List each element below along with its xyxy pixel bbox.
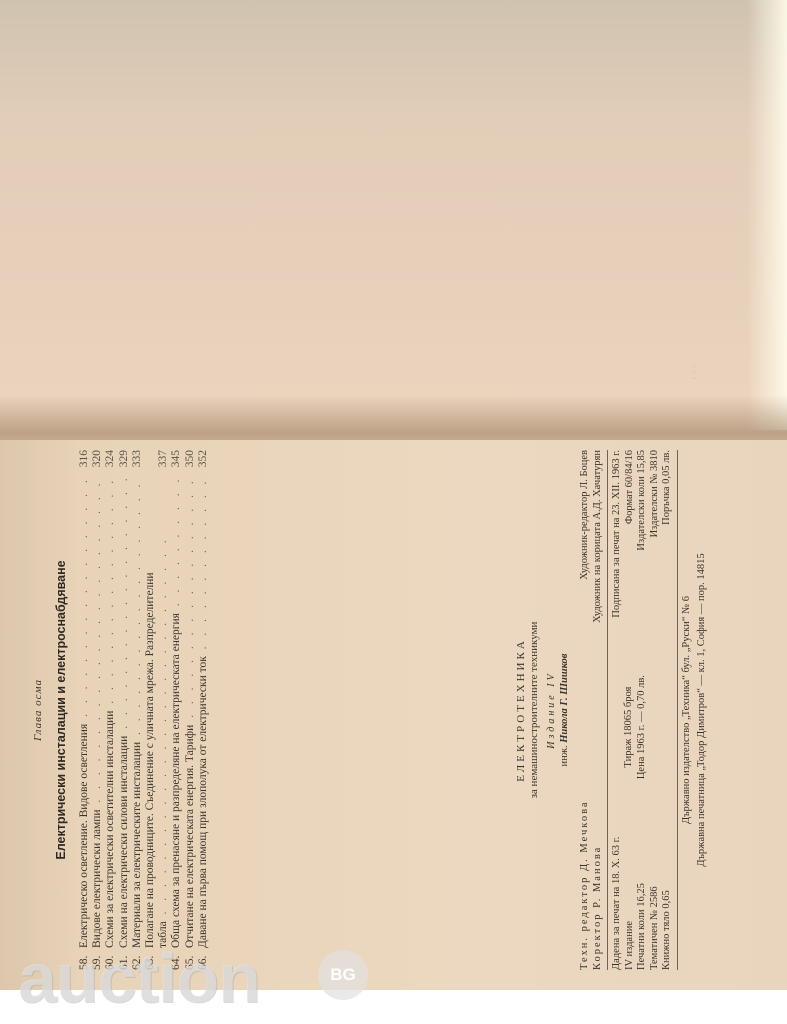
signed-date: Подписана за печат на 23. XII. 1963 г.	[611, 450, 624, 618]
toc-title: Схеми на електрически силови инсталации	[118, 736, 130, 948]
leader-dots: . . . . . . . . . . . . . . . . . . . . …	[184, 478, 196, 725]
publisher-number: Издателски № 3810	[649, 450, 662, 618]
chapter-title: Електрически инсталации и електроснабдяв…	[54, 450, 68, 970]
toc-entry: Даване на първа помощ при злополука от е…	[197, 478, 210, 948]
corrector: Коректор Р. Манова	[592, 800, 605, 970]
toc-row: 65.Отчитане на електрическата енергия. Т…	[184, 450, 197, 970]
bleed-through-text: · · ·	[690, 200, 704, 380]
toc-title: Електрическо осветление. Видове осветлен…	[78, 724, 90, 948]
leader-dots: . . . . . . . . . . . . . . . . . . . . …	[197, 478, 209, 656]
divider	[607, 450, 608, 970]
leader-dots: . . . . . . . . . . . . . . . . . . . . …	[78, 478, 90, 724]
toc-page-number: 345	[170, 450, 183, 478]
toc-page-number: 320	[91, 450, 104, 478]
toc-entry: Схеми на електрически силови инсталации …	[118, 478, 131, 948]
divider	[677, 450, 678, 970]
submitted-date: Дадена за печат на 18. X. 63 г.	[611, 837, 624, 970]
print-run: Тираж 18065 броя	[623, 675, 636, 779]
print-sheets: Печатни коли 16,25	[636, 837, 649, 970]
toc-title: Схеми за електрически осветителни инстал…	[104, 711, 116, 948]
edition-label: Издание IV	[546, 450, 559, 970]
leader-dots: . . . . . . . . . . . . . . . . . . . . …	[104, 478, 116, 711]
publisher: Държавно издателство „Техника“ бул. „Рус…	[681, 450, 694, 970]
toc-page-number: 337	[157, 450, 170, 478]
toc-row: 61.Схеми на електрически силови инсталац…	[118, 450, 131, 970]
format: Формат 60/84/16	[624, 450, 637, 618]
toc-row: 58.Електрическо осветление. Видове освет…	[78, 450, 91, 970]
author-line: инж. Никола Г. Шишков	[559, 450, 572, 970]
toc-title: Отчитане на електрическата енергия. Тари…	[184, 725, 196, 948]
art-editor: Художник-редактор Л. Боцев	[579, 450, 592, 623]
leader-dots: . . . . . . . . . . . . . . . . . . . . …	[91, 478, 103, 809]
credits-left: Техн. редактор Д. Мечкова Коректор Р. Ма…	[579, 800, 604, 970]
publisher-sheets: Издателски коли 15,85	[636, 450, 649, 618]
leader-dots: . . . . . . . . . . . . . . . . . . . . …	[157, 536, 169, 921]
toc-entry: Обща схема за пренасяне и разпределяне н…	[170, 478, 183, 948]
stereotype: Поръчка 0,05 лв.	[661, 450, 674, 618]
watermark-logo: auction	[18, 938, 260, 1018]
toc-page-number: 324	[104, 450, 117, 478]
print-info-right: Подписана за печат на 23. XII. 1963 г. Ф…	[611, 450, 674, 618]
toc-page-number	[144, 450, 157, 478]
book-sheets: Книжно тяло 0,65	[661, 837, 674, 970]
toc-page-number: 333	[131, 450, 144, 478]
book-title: ЕЛЕКТРОТЕХНИКА	[515, 450, 528, 970]
watermark-badge: BG	[318, 950, 368, 1000]
toc-title: Обща схема за пренасяне и разпределяне н…	[170, 613, 182, 948]
toc-entry: Видове електрически лампи . . . . . . . …	[91, 478, 104, 948]
toc-entry: табла . . . . . . . . . . . . . . . . . …	[157, 478, 170, 948]
print-info-left: Дадена за печат на 18. X. 63 г. IV издан…	[611, 837, 674, 970]
toc-page-number: 316	[78, 450, 91, 478]
toc-entry: Електрическо осветление. Видове осветлен…	[78, 478, 91, 948]
credits-right: Художник-редактор Л. Боцев Художник на к…	[579, 450, 604, 623]
toc-entry: Схеми за електрически осветителни инстал…	[104, 478, 117, 948]
tech-editor: Техн. редактор Д. Мечкова	[579, 800, 592, 970]
toc-list: 58.Електрическо осветление. Видове освет…	[78, 450, 210, 970]
toc-row: 59.Видове електрически лампи . . . . . .…	[91, 450, 104, 970]
print-info: Дадена за печат на 18. X. 63 г. IV издан…	[611, 450, 674, 970]
print-info-middle: Тираж 18065 броя Цена 1963 г. — 0,70 лв.	[611, 675, 674, 779]
author-name: Никола Г. Шишков	[559, 654, 570, 743]
credits: Техн. редактор Д. Мечкова Коректор Р. Ма…	[579, 450, 604, 970]
edition-number: IV издание	[624, 837, 637, 970]
toc-title: Полагане на проводниците. Съединение с у…	[144, 572, 156, 948]
table-of-contents: Глава осма Електрически инсталации и еле…	[30, 450, 210, 970]
author-prefix: инж.	[559, 745, 570, 766]
leader-dots: . . . . . . . . . . . . . . . . . . . . …	[118, 478, 130, 736]
toc-entry: Материали за електрическите инсталации .…	[131, 478, 144, 948]
cover-artist: Художник на корицата А.Д. Хачатурян	[592, 450, 605, 623]
chapter-label: Глава осма	[32, 450, 44, 970]
printer: Държавна печатница „Тодор Димитров“ — кл…	[696, 450, 709, 970]
toc-row: 64.Обща схема за пренасяне и разпределян…	[170, 450, 183, 970]
toc-entry: Полагане на проводниците. Съединение с у…	[144, 478, 157, 948]
toc-entry: Отчитане на електрическата енергия. Тари…	[184, 478, 197, 948]
price: Цена 1963 г. — 0,70 лв.	[636, 675, 649, 779]
toc-row: 62.Материали за електрическите инсталаци…	[131, 450, 144, 970]
toc-page-number: 329	[118, 450, 131, 478]
toc-row: 66.Даване на първа помощ при злополука о…	[197, 450, 210, 970]
toc-title: Материали за електрическите инсталации	[131, 742, 143, 948]
theme-number: Тематичен № 2586	[649, 837, 662, 970]
colophon: ЕЛЕКТРОТЕХНИКА за немашиностроителните т…	[515, 450, 709, 970]
toc-page-number: 352	[197, 450, 210, 478]
toc-title: Даване на първа помощ при злополука от е…	[197, 656, 209, 948]
leader-dots: . . . . . . . . . . . . . . . . . . . . …	[131, 478, 143, 742]
toc-title: Видове електрически лампи	[91, 809, 103, 948]
toc-row: табла . . . . . . . . . . . . . . . . . …	[157, 450, 170, 970]
toc-row: 63.Полагане на проводниците. Съединение …	[144, 450, 157, 970]
toc-row: 60.Схеми за електрически осветителни инс…	[104, 450, 117, 970]
book-subtitle: за немашиностроителните техникуми	[528, 450, 541, 970]
rotated-page-content: Глава осма Електрически инсталации и еле…	[30, 430, 770, 990]
leader-dots: . . . . . . . . . . . . . . . . . . . . …	[170, 478, 182, 613]
toc-page-number: 350	[184, 450, 197, 478]
